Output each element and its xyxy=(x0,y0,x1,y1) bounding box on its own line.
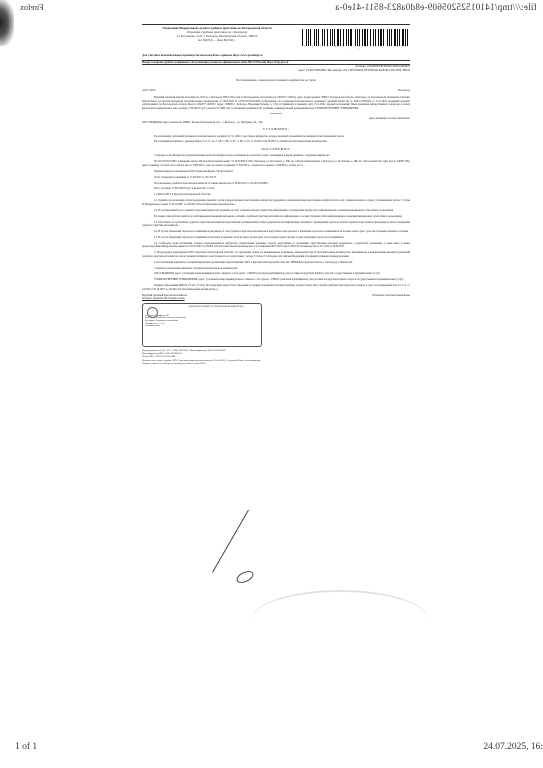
party-2: ТУРАНОВ ЕВГЕНИЙ ГЕННАДЬЕВИЧ, адрес: (стр… xyxy=(142,278,410,281)
creditor: ООО ТРАДИЦИЯ, адрес взыскателя: 308007, … xyxy=(142,121,410,124)
signature-check: Результат проверки ЭП: Подпись верна xyxy=(142,297,410,300)
header-rule xyxy=(142,24,410,25)
emblem-icon xyxy=(147,307,158,318)
print-page-count: 1 of 1 xyxy=(15,742,37,752)
signer-name: Исмаилова Светлана Ромзан Кызы xyxy=(372,294,410,297)
document-title: Постановление о передаче арестованного и… xyxy=(142,78,410,82)
document-date: 24.07.2025 xyxy=(142,88,156,92)
item-2-5: 2.5. В случае объявления торгов несостоя… xyxy=(142,236,410,239)
barcode-block: 5 3 3 2 8 5 5 4 4 7 2 5 0 9 - 1 xyxy=(302,26,410,52)
faint-seal-mark xyxy=(250,590,430,652)
scan-shadow xyxy=(0,0,14,46)
dept-contacts: тел. 8(4722)…, факс 8(4722)… xyxy=(142,38,292,42)
print-header-url: file:///tmp/14101525205609-e8d0a823-8511… xyxy=(335,2,537,12)
property-description: ID 141015105751687: помещение жилое 108 … xyxy=(142,160,410,167)
legal-basis: На основании изложенного, руководствуясь… xyxy=(142,140,410,143)
document-metadata: Вид документа: O_IP_ACT_ARR_GETAUC, Иден… xyxy=(142,349,410,366)
letterhead: Управление Федеральной службы судебных п… xyxy=(142,26,410,52)
established-text: По исполнению требований указанного испо… xyxy=(142,135,410,138)
appraisal-report: Отчет специалиста-оценщика от 17.06.2025… xyxy=(142,176,410,179)
participation-note: Для участия в исполнительном производств… xyxy=(142,54,410,58)
item-2-4: 2.4. В случае объявления торгов несостоя… xyxy=(142,230,410,233)
item-4: 4. Постановление направить в специализир… xyxy=(142,261,410,264)
e-signature-stamp: ДОКУМЕНТ ПОДПИСАН ЭЛЕКТРОННОЙ ПОДПИСЬЮ С… xyxy=(142,303,262,347)
separator xyxy=(270,113,282,114)
print-header-app: Firefox xyxy=(20,3,44,12)
item-2-3: 2.3. Обеспечить по требованию судебного … xyxy=(142,221,410,228)
item-2-1: 2.1. Принять на реализацию путем проведе… xyxy=(142,199,410,206)
document-page: Управление Федеральной службы судебных п… xyxy=(142,24,410,365)
party-1: ООО ТРАДИЦИЯ, адрес: (страховой номер ин… xyxy=(142,272,410,275)
print-timestamp: 24.07.2025, 16: xyxy=(483,742,543,752)
document-city: Белгород xyxy=(398,88,410,92)
item-2-2: 2.2. В десятидневный срок с момента полу… xyxy=(142,209,410,212)
item-5: 5. Копии постановления направить сторона… xyxy=(142,267,410,270)
appraiser: Оценка имущества произведена ООО Оценочн… xyxy=(142,170,410,173)
appeal-procedure: Порядок обжалования (ФЗ229_СТ121_СТ123).… xyxy=(142,284,410,291)
established-heading: УСТАНОВИЛ: xyxy=(142,127,410,131)
item-1: 1. Передать в Росимущество (территориаль… xyxy=(142,154,410,157)
handwritten-signature xyxy=(212,510,249,573)
signature-loop xyxy=(235,569,256,586)
resolved-heading: ПОСТАНОВИЛ: xyxy=(142,147,410,151)
barcode xyxy=(302,26,410,46)
item-2: 2. Обязать МТУ в Курской и Белгородской … xyxy=(142,193,410,196)
barcode-number: 5 3 3 2 8 5 5 4 4 7 2 5 0 9 - 1 xyxy=(302,46,410,52)
total: Итого на сумму 11 826 000,00 руб. в коли… xyxy=(142,187,410,190)
stamp-details: Сведения о сертификате ЭПКому выдан: Исм… xyxy=(145,315,259,328)
meta-format: Формат: http://www.fssp.gov.ru/namespace… xyxy=(142,362,410,365)
item-2-2b: В течение семи рабочих дней после опубли… xyxy=(142,215,410,218)
intro-paragraph: Ведущий судебный пристав-исполнитель ОСП… xyxy=(142,96,410,110)
item-2-6: 2.6. Соблюдать сроки реализации, возврат… xyxy=(142,242,410,249)
addressee-address: Адрес: УЛ КОСТЮКОВА, 36Б, квартира 120, … xyxy=(142,69,410,72)
appraisal-acceptance: Постановление судебного пристава-исполни… xyxy=(142,182,410,185)
stamp-title: ДОКУМЕНТ ПОДПИСАН ЭЛЕКТРОННОЙ ПОДПИСЬЮ xyxy=(173,306,259,309)
item-3: 3. Предупредить руководителя МТУ в Курск… xyxy=(142,251,410,258)
org-block: Управление Федеральной службы судебных п… xyxy=(142,26,292,52)
stamp-line: Серийный номер: … xyxy=(145,325,259,328)
